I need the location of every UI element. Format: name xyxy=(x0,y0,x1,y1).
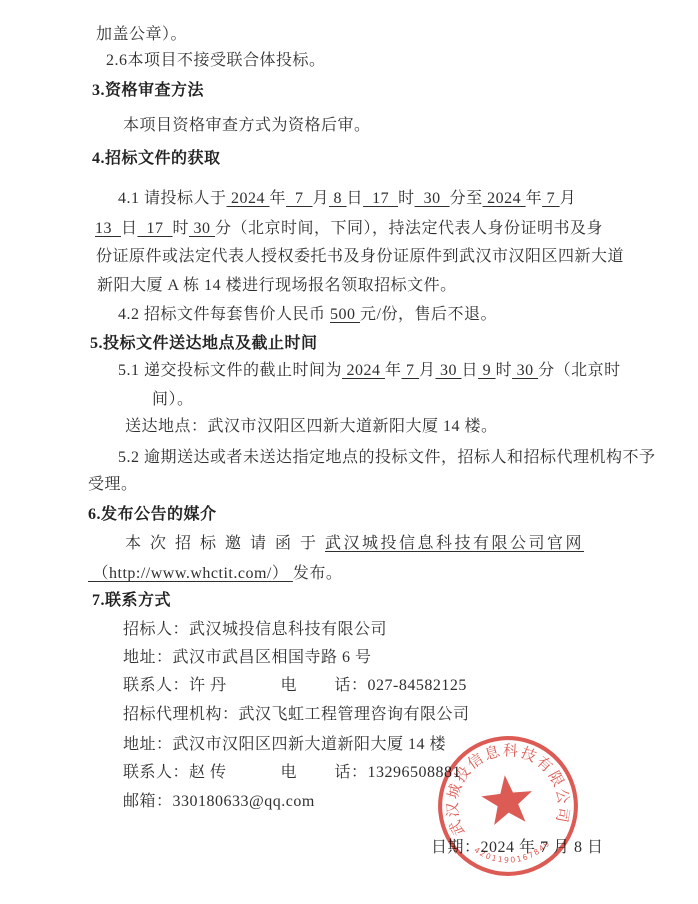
clause-4-1-line-1: 4.1 请投标人于 2024 年 7 月 8 日 17 时 30 分至 2024… xyxy=(118,189,576,209)
text-run: 地址：武汉市汉阳区四新大道新阳大厦 14 楼 xyxy=(123,736,446,753)
text-run: 送达地点：武汉市汉阳区四新大道新阳大厦 14 楼。 xyxy=(125,418,498,435)
heading-7: 7.联系方式 xyxy=(92,591,171,611)
text-run: 4.招标文件的获取 xyxy=(92,150,221,167)
text-run: 分（北京时间，下同），持法定代表人身份证明书及身 xyxy=(215,220,603,237)
text-run: 月 xyxy=(560,190,577,207)
filled-blank: 30 xyxy=(436,362,462,379)
text-run: 元/份，售后不退。 xyxy=(360,306,497,323)
text-run: 月 xyxy=(419,362,436,379)
contact-person-1: 联系人：许 丹 电 话：027-84582125 xyxy=(123,676,467,696)
text-run: 地址：武汉市武昌区相国寺路 6 号 xyxy=(123,649,372,666)
contact-address-1: 地址：武汉市武昌区相国寺路 6 号 xyxy=(123,648,372,668)
text-run: 联系人：许 丹 电 话：027-84582125 xyxy=(123,677,467,694)
para-media-line-2: （http://www.whctit.com/） 发布。 xyxy=(88,564,342,584)
text-run: 7.联系方式 xyxy=(92,592,171,609)
text-run: 联系人：赵 传 电 话：13296508881 xyxy=(123,764,461,781)
clause-5-1-line-1: 5.1 递交投标文件的截止时间为 2024 年 7 月 30 日 9 时 30 … xyxy=(118,361,621,381)
heading-6: 6.发布公告的媒介 xyxy=(88,505,217,525)
text-run: 分至 xyxy=(450,190,483,207)
para-qualification: 本项目资格审查方式为资格后审。 xyxy=(123,116,371,136)
line-delivery-place: 送达地点：武汉市汉阳区四新大道新阳大厦 14 楼。 xyxy=(125,417,498,437)
contact-agency: 招标代理机构：武汉飞虹工程管理咨询有限公司 xyxy=(123,705,470,725)
seal-star-icon xyxy=(480,773,536,826)
heading-4: 4.招标文件的获取 xyxy=(92,149,221,169)
filled-blank: 2024 xyxy=(342,362,385,379)
filled-blank: 9 xyxy=(478,362,496,379)
text-run: 分（北京时 xyxy=(538,362,621,379)
text-run: 间）。 xyxy=(152,391,194,408)
clause-4-1-line-2: 13 日 17 时 30 分（北京时间，下同），持法定代表人身份证明书及身 xyxy=(95,219,603,239)
filled-blank: 17 xyxy=(138,220,173,237)
contact-tenderer: 招标人：武汉城投信息科技有限公司 xyxy=(123,620,387,640)
line-stamp-note-cont: 加盖公章）。 xyxy=(96,25,187,45)
text-run: 新阳大厦 A 栋 14 楼进行现场报名领取招标文件。 xyxy=(97,277,457,294)
text-run: 受理。 xyxy=(88,476,138,493)
filled-blank: 7 xyxy=(286,190,313,207)
para-media-line-1: 本 次 招 标 邀 请 函 于 武汉城投信息科技有限公司官网 xyxy=(125,534,584,554)
text-run: 年 xyxy=(385,362,402,379)
clause-5-2-line-2: 受理。 xyxy=(88,475,138,495)
text-run: 本项目资格审查方式为资格后审。 xyxy=(123,117,371,134)
text-run: 日 xyxy=(121,220,138,237)
clause-2-6: 2.6本项目不接受联合体投标。 xyxy=(106,51,326,71)
clause-4-2: 4.2 招标文件每套售价人民币 500 元/份，售后不退。 xyxy=(118,305,497,325)
text-run: 年 xyxy=(526,190,543,207)
text-run: 月 xyxy=(313,190,330,207)
text-run: 3.资格审查方法 xyxy=(92,82,204,99)
contact-address-2: 地址：武汉市汉阳区四新大道新阳大厦 14 楼 xyxy=(123,735,446,755)
filled-blank: 17 xyxy=(363,190,398,207)
text-run: 加盖公章）。 xyxy=(96,26,187,43)
text-run: 时 xyxy=(173,220,190,237)
heading-5: 5.投标文件送达地点及截止时间 xyxy=(90,334,318,354)
filled-blank: 30 xyxy=(415,190,450,207)
text-run: 5.投标文件送达地点及截止时间 xyxy=(90,335,318,352)
filled-blank: （http://www.whctit.com/） xyxy=(88,565,293,582)
filled-blank: 8 xyxy=(329,190,347,207)
text-run: 时 xyxy=(398,190,415,207)
filled-blank: 500 xyxy=(330,306,360,323)
clause-5-1-line-2: 间）。 xyxy=(152,390,194,410)
heading-3: 3.资格审查方法 xyxy=(92,81,204,101)
text-run: 4.1 请投标人于 xyxy=(118,190,227,207)
text-run: 4.2 招标文件每套售价人民币 xyxy=(118,306,330,323)
text-run: 日 xyxy=(462,362,479,379)
filled-blank: 13 xyxy=(95,220,121,237)
company-seal: 武汉城投信息科技有限公司 4201190167849 xyxy=(429,727,587,885)
text-run: 年 xyxy=(270,190,287,207)
text-run: 邮箱：330180633@qq.com xyxy=(123,793,315,810)
text-run: 本 次 招 标 邀 请 函 于 xyxy=(125,535,325,552)
text-run: 招标人：武汉城投信息科技有限公司 xyxy=(123,621,387,638)
text-run: 招标代理机构：武汉飞虹工程管理咨询有限公司 xyxy=(123,706,470,723)
filled-blank: 2024 xyxy=(483,190,526,207)
filled-blank: 7 xyxy=(402,362,420,379)
text-run: 2.6本项目不接受联合体投标。 xyxy=(106,52,326,69)
text-run: 时 xyxy=(496,362,513,379)
contact-person-2: 联系人：赵 传 电 话：13296508881 xyxy=(123,763,461,783)
text-run: 日 xyxy=(347,190,364,207)
filled-blank: 武汉城投信息科技有限公司官网 xyxy=(325,535,584,552)
text-run: 发布。 xyxy=(293,565,343,582)
filled-blank: 2024 xyxy=(227,190,270,207)
clause-5-2-line-1: 5.2 逾期送达或者未送达指定地点的投标文件，招标人和招标代理机构不予 xyxy=(118,448,656,468)
filled-blank: 7 xyxy=(542,190,560,207)
document-page: 加盖公章）。2.6本项目不接受联合体投标。3.资格审查方法本项目资格审查方式为资… xyxy=(0,0,698,904)
clause-4-1-line-4: 新阳大厦 A 栋 14 楼进行现场报名领取招标文件。 xyxy=(97,276,457,296)
text-run: 6.发布公告的媒介 xyxy=(88,506,217,523)
clause-4-1-line-3: 份证原件或法定代表人授权委托书及身份证原件到武汉市汉阳区四新大道 xyxy=(96,247,624,267)
contact-email: 邮箱：330180633@qq.com xyxy=(123,792,315,812)
filled-blank: 30 xyxy=(189,220,215,237)
text-run: 5.1 递交投标文件的截止时间为 xyxy=(118,362,342,379)
text-run: 份证原件或法定代表人授权委托书及身份证原件到武汉市汉阳区四新大道 xyxy=(96,248,624,265)
filled-blank: 30 xyxy=(512,362,538,379)
text-run: 5.2 逾期送达或者未送达指定地点的投标文件，招标人和招标代理机构不予 xyxy=(118,449,656,466)
